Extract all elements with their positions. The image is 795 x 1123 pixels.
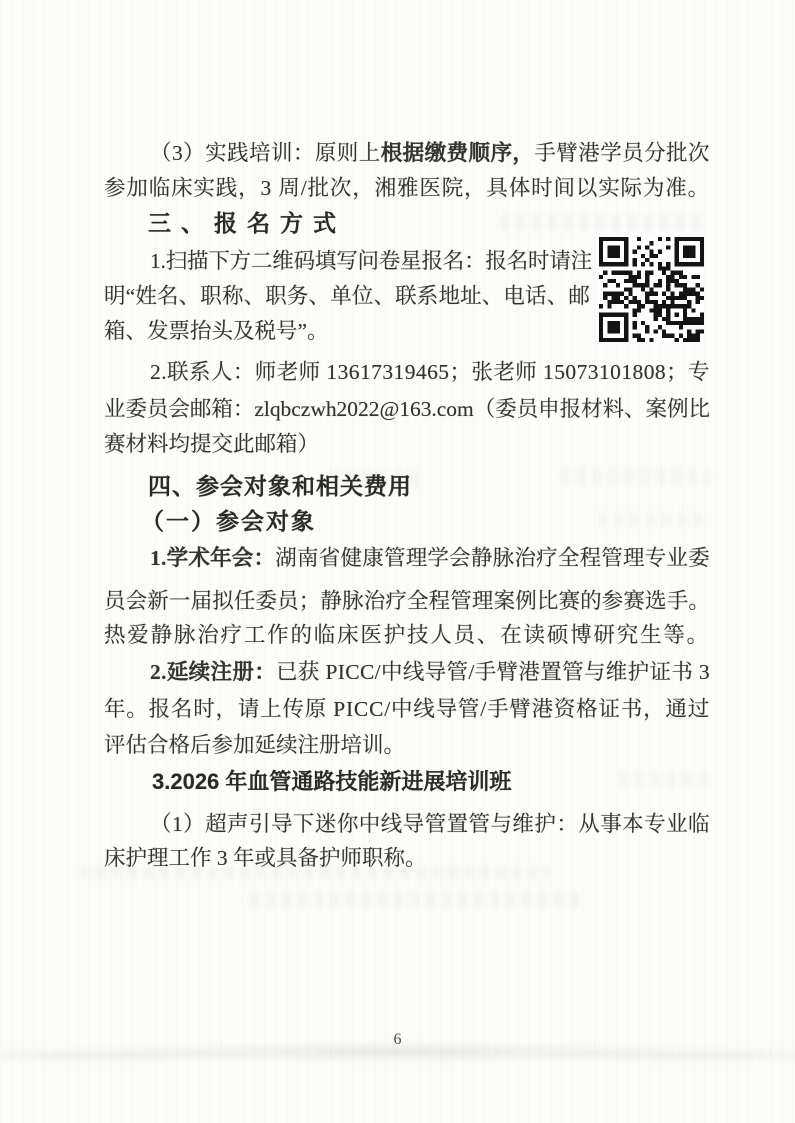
subheading-participants: （一）参会对象 <box>141 507 316 537</box>
text-run: 业委员会邮箱：zlqbczwh2022@163.com（委员申报材料、案例比 <box>104 397 710 421</box>
line-annual-meeting-1: 1.学术年会：湖南省健康管理学会静脉治疗全程管理专业委 <box>150 543 710 573</box>
text-run: （1）超声引导下迷你中线导管置管与维护：从事本专业临 <box>150 812 710 836</box>
bleedthrough-smudge <box>598 512 708 527</box>
heading-text: 三、报名方式 <box>148 210 346 236</box>
bleedthrough-smudge <box>500 215 705 230</box>
text-run: 明“姓名、职称、职务、单位、联系地址、电话、邮 <box>104 284 590 308</box>
bleedthrough-smudge <box>250 892 580 907</box>
text-run: 手臂港学员分批次 <box>534 141 710 165</box>
line-ultrasound-2: 床护理工作 3 年或具备护师职称。 <box>104 843 427 873</box>
bleedthrough-smudge <box>560 468 710 485</box>
page-number: 6 <box>0 1028 795 1052</box>
line-ultrasound-1: （1）超声引导下迷你中线导管置管与维护：从事本专业临 <box>150 809 710 839</box>
heading-text: （一）参会对象 <box>141 509 316 534</box>
line-scan-qr-3: 箱、发票抬头及税号”。 <box>104 316 329 346</box>
registration-qr-code-image <box>599 236 704 343</box>
line-scan-qr-2: 明“姓名、职称、职务、单位、联系地址、电话、邮 <box>104 281 590 311</box>
text-run: 员会新一届拟任委员；静脉治疗全程管理案例比赛的参赛选手。 <box>104 589 710 613</box>
line-renewal-1: 2.延续注册：已获 PICC/中线导管/手臂港置管与维护证书 3 <box>150 657 710 687</box>
text-run: 箱、发票抬头及税号”。 <box>104 319 329 343</box>
text-run-bold: 2.延续注册： <box>150 660 276 684</box>
text-run: 评估合格后参加延续注册培训。 <box>104 733 405 757</box>
text-run: 2.联系人：师老师 13617319465；张老师 15073101808；专 <box>150 360 710 384</box>
text-run: 参加临床实践，3 周/批次，湘雅医院，具体时间以实际为准。 <box>104 176 710 200</box>
heading-text: 四、参会对象和相关费用 <box>148 473 412 499</box>
text-run: 已获 PICC/中线导管/手臂港置管与维护证书 3 <box>276 660 710 684</box>
line-renewal-2: 年。报名时，请上传原 PICC/中线导管/手臂港资格证书，通过 <box>104 694 710 724</box>
line-contact-3: 赛材料均提交此邮箱） <box>104 429 319 459</box>
bleedthrough-smudge <box>618 772 708 787</box>
text-run: 湖南省健康管理学会静脉治疗全程管理专业委 <box>275 546 710 570</box>
heading-participants-fees: 四、参会对象和相关费用 <box>148 471 412 501</box>
line-renewal-3: 评估合格后参加延续注册培训。 <box>104 730 405 760</box>
text-run-bold: 1.学术年会： <box>150 546 275 570</box>
text-run: 赛材料均提交此邮箱） <box>104 432 319 456</box>
text-run: 年。报名时，请上传原 PICC/中线导管/手臂港资格证书，通过 <box>104 697 710 721</box>
text-run-bold: 根据缴费顺序， <box>381 141 535 165</box>
heading-registration-method: 三、报名方式 <box>148 208 346 238</box>
heading-training-class-2026: 3.2026 年血管通路技能新进展培训班 <box>152 767 511 797</box>
text-run: 热爱静脉治疗工作的临床医护技人员、在读硕博研究生等。 <box>104 623 710 647</box>
line-contact-2: 业委员会邮箱：zlqbczwh2022@163.com（委员申报材料、案例比 <box>104 394 710 424</box>
line-annual-meeting-3: 热爱静脉治疗工作的临床医护技人员、在读硕博研究生等。 <box>104 620 710 650</box>
text-run: （3）实践培训：原则上 <box>150 141 381 165</box>
line-annual-meeting-2: 员会新一届拟任委员；静脉治疗全程管理案例比赛的参赛选手。 <box>104 586 710 616</box>
scanned-document-page: （3）实践培训：原则上根据缴费顺序，手臂港学员分批次 参加临床实践，3 周/批次… <box>0 0 795 1123</box>
text-run: 1.扫描下方二维码填写问卷星报名：报名时请注 <box>150 249 592 273</box>
heading-text: 3.2026 年血管通路技能新进展培训班 <box>152 769 511 794</box>
text-run: 床护理工作 3 年或具备护师职称。 <box>104 846 427 870</box>
line-scan-qr-1: 1.扫描下方二维码填写问卷星报名：报名时请注 <box>150 246 592 276</box>
line-practical-training-1: （3）实践培训：原则上根据缴费顺序，手臂港学员分批次 <box>150 138 710 168</box>
line-contact-1: 2.联系人：师老师 13617319465；张老师 15073101808；专 <box>150 357 710 387</box>
line-practical-training-2: 参加临床实践，3 周/批次，湘雅医院，具体时间以实际为准。 <box>104 173 710 203</box>
